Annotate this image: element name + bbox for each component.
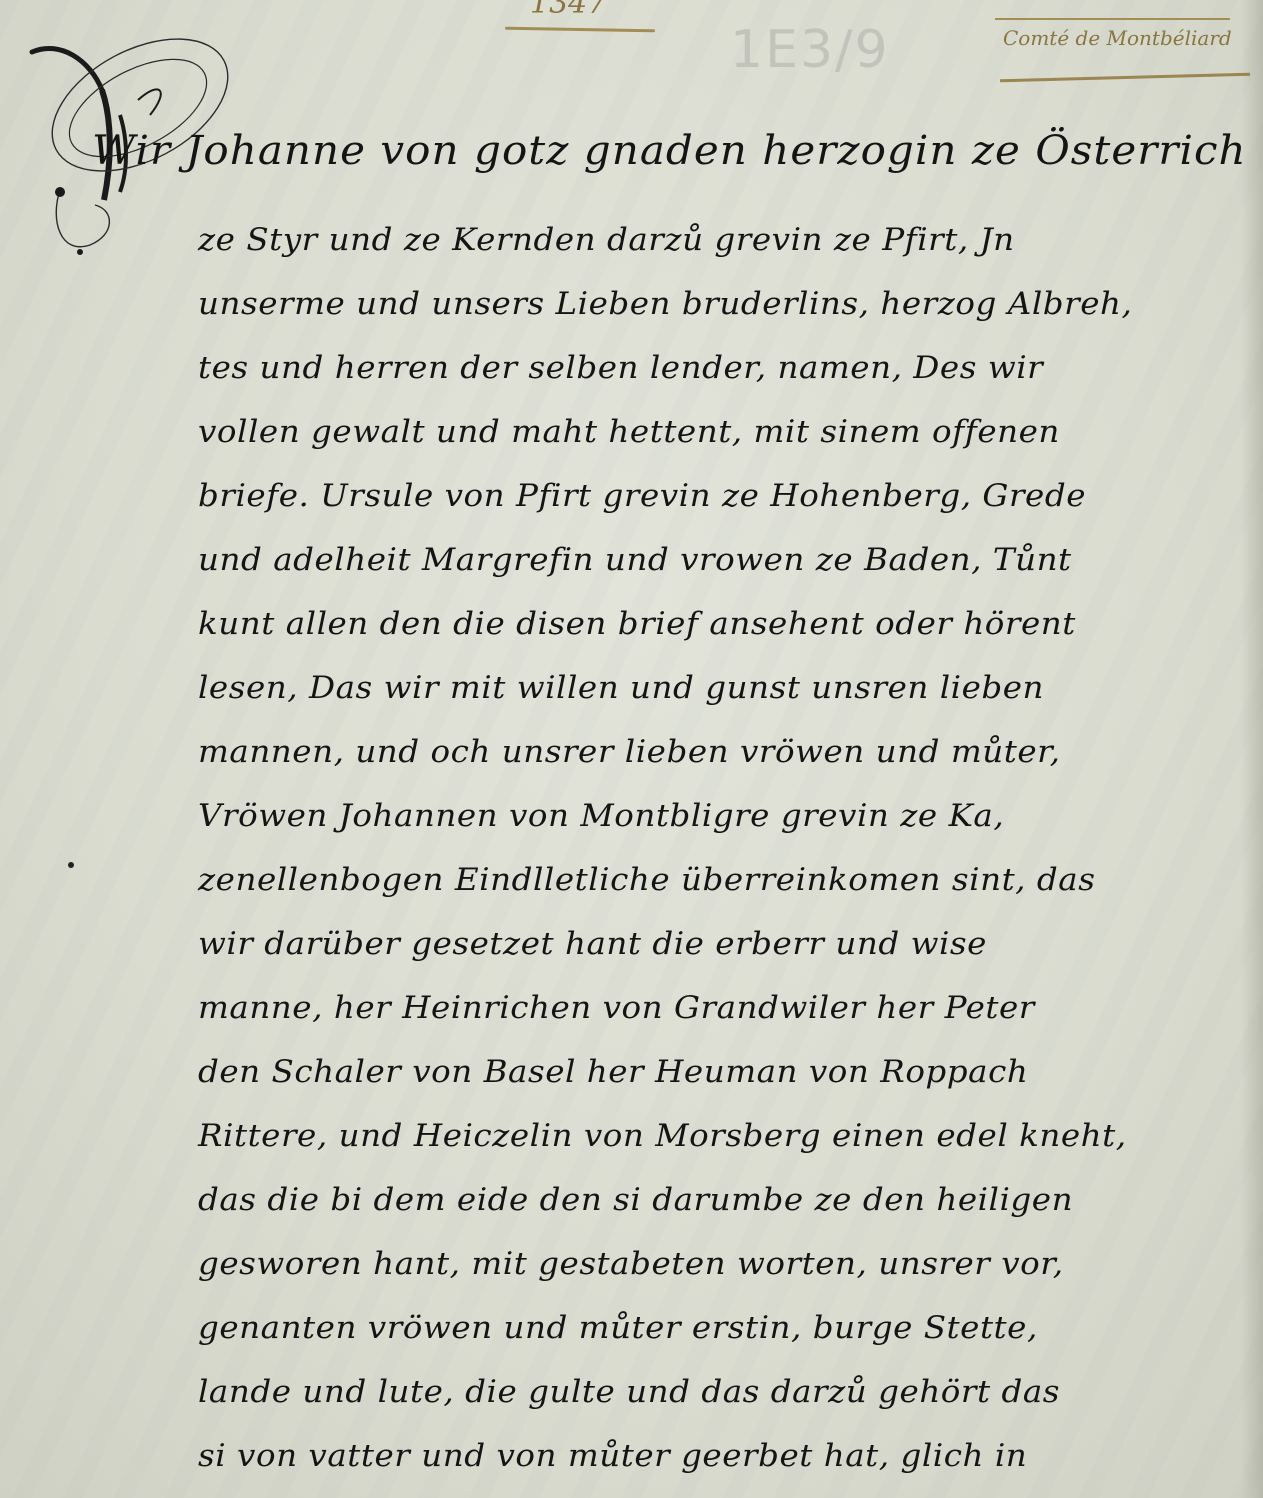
year-annotation: 1347 xyxy=(530,0,606,21)
year-underline xyxy=(505,27,655,33)
text-line-1: Wir Johanne von gotz gnaden herzogin ze … xyxy=(92,128,1247,174)
text-line-7: und adelheit Margrefin und vrowen ze Bad… xyxy=(198,542,1072,578)
text-line-10: mannen, und och unsrer lieben vröwen und… xyxy=(198,734,1060,770)
text-line-14: manne, her Heinrichen von Grandwiler her… xyxy=(198,990,1035,1026)
archive-note: Comté de Montbéliard xyxy=(1003,26,1232,50)
text-line-19: genanten vröwen und můter erstin, burge … xyxy=(198,1310,1038,1346)
text-line-16: Rittere, und Heiczelin von Morsberg eine… xyxy=(198,1118,1127,1154)
text-line-17: das die bi dem eide den si darumbe ze de… xyxy=(198,1182,1073,1218)
text-line-15: den Schaler von Basel her Heuman von Rop… xyxy=(198,1054,1028,1090)
text-line-12: zenellenbogen Eindlletliche überreinkome… xyxy=(198,862,1095,898)
corner-underline xyxy=(995,18,1230,20)
text-line-11: Vröwen Johannen von Montbligre grevin ze… xyxy=(198,798,1004,834)
text-line-5: vollen gewalt und maht hettent, mit sine… xyxy=(198,414,1060,450)
margin-ink-dot xyxy=(68,862,74,868)
text-line-9: lesen, Das wir mit willen und gunst unsr… xyxy=(198,670,1044,706)
text-line-18: gesworen hant, mit gestabeten worten, un… xyxy=(198,1246,1064,1282)
text-line-21: si von vatter und von můter geerbet hat,… xyxy=(198,1438,1027,1474)
text-line-4: tes und herren der selben lender, namen,… xyxy=(198,350,1043,386)
text-line-2: ze Styr und ze Kernden darzů grevin ze P… xyxy=(198,222,1015,258)
manuscript-page: 1347 1E3/9 Comté de Montbéliard Wir Joha… xyxy=(0,0,1263,1498)
text-line-6: briefe. Ursule von Pfirt grevin ze Hohen… xyxy=(198,478,1086,514)
text-line-20: lande und lute, die gulte und das darzů … xyxy=(198,1374,1060,1410)
pencil-shelfmark: 1E3/9 xyxy=(730,20,890,80)
text-line-8: kunt allen den die disen brief ansehent … xyxy=(198,606,1076,642)
text-line-13: wir darüber gesetzet hant die erberr und… xyxy=(198,926,987,962)
archive-note-underline xyxy=(1000,73,1250,83)
text-line-3: unserme und unsers Lieben bruderlins, he… xyxy=(198,286,1132,322)
